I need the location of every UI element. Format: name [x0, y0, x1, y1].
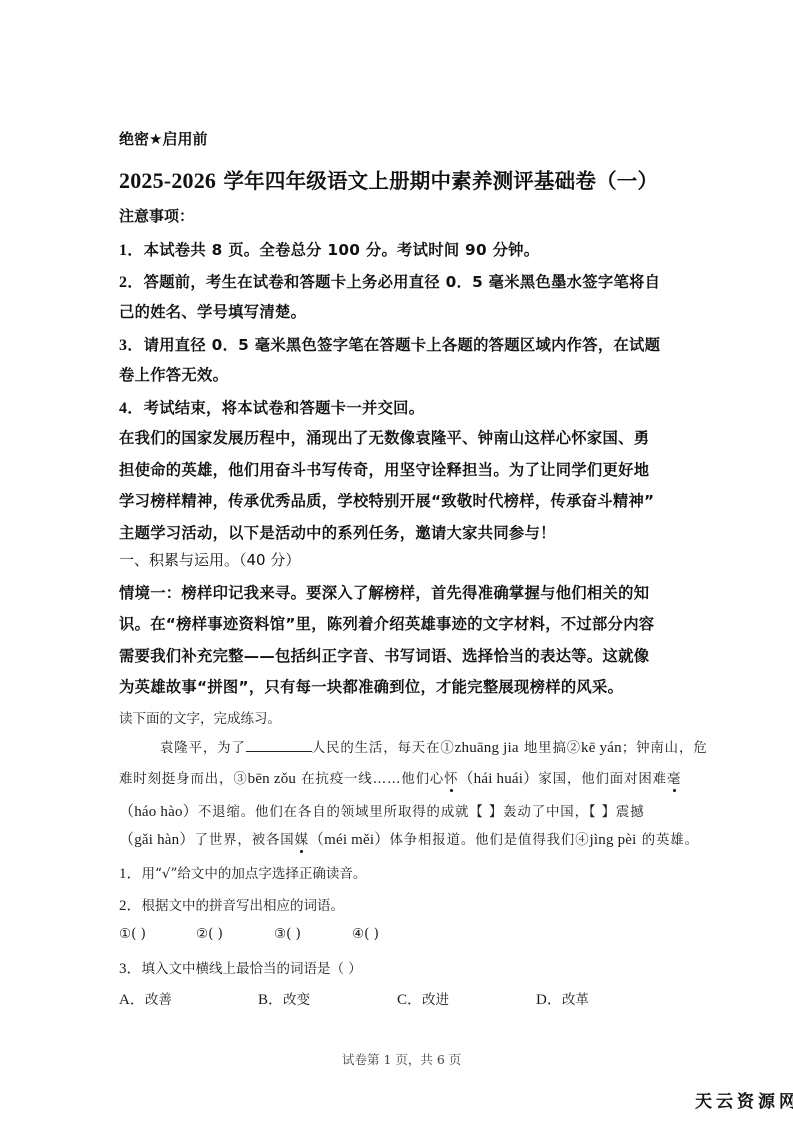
title-text: 学年四年级语文上册期中素养测评基础卷（一） — [216, 169, 658, 193]
fill-blank[interactable] — [246, 739, 312, 752]
exam-page: 绝密★启用前 2025-2026 学年四年级语文上册期中素养测评基础卷（一） 注… — [0, 0, 793, 1122]
question-3: 3．填入文中横线上最恰当的词语是（ ） — [119, 957, 362, 978]
note-4: 4．考试结束，将本试卷和答题卡一并交回。 — [119, 395, 424, 418]
answer-blank-2[interactable]: ②( ) — [196, 926, 223, 942]
notes-heading: 注意事项： — [119, 205, 194, 226]
passage-line-4: （gǎi hàn）了世界，被各国媒（méi měi）体争相报道。他们是值得我们④… — [119, 828, 699, 849]
question-2: 2．根据文中的拼音写出相应的词语。 — [119, 894, 344, 915]
reading-instruction: 读下面的文字，完成练习。 — [119, 707, 281, 727]
page-footer: 试卷第 1 页，共 6 页 — [342, 1050, 461, 1068]
dotted-char: 怀 — [444, 768, 458, 787]
intro-line-4: 主题学习活动，以下是活动中的系列任务，邀请大家共同参与！ — [119, 521, 556, 543]
choice-d[interactable]: D．改革 — [536, 988, 589, 1009]
answer-blank-1[interactable]: ①( ) — [119, 926, 146, 942]
answer-blank-3[interactable]: ③( ) — [274, 926, 301, 942]
note-3-cont: 卷上作答无效。 — [119, 363, 228, 385]
choice-c[interactable]: C．改进 — [397, 988, 449, 1009]
dotted-char: 媒 — [295, 829, 309, 848]
question-1: 1．用“√”给文中的加点字选择正确读音。 — [119, 862, 366, 883]
watermark-logo: 天云资源网 — [695, 1087, 793, 1112]
answer-blank-4[interactable]: ④( ) — [352, 926, 379, 942]
intro-line-3: 学习榜样精神，传承优秀品质，学校特别开展“致敬时代榜样，传承奋斗精神” — [119, 489, 654, 511]
intro-line-1: 在我们的国家发展历程中，涌现出了无数像袁隆平、钟南山这样心怀家国、勇 — [119, 426, 649, 448]
note-1: 1．本试卷共 8 页。全卷总分 100 分。考试时间 90 分钟。 — [119, 237, 539, 260]
scenario-line-2: 识。在“榜样事迹资料馆”里，陈列着介绍英雄事迹的文字材料，不过部分内容 — [119, 612, 654, 634]
note-3: 3．请用直径 0．5 毫米黑色签字笔在答题卡上各题的答题区域内作答，在试题 — [119, 332, 660, 355]
choice-b[interactable]: B．改变 — [258, 988, 310, 1009]
scenario-line-4: 为英雄故事“拼图”，只有每一块都准确到位，才能完整展现榜样的风采。 — [119, 675, 623, 697]
scenario-line-1: 情境一：榜样印记我来寻。要深入了解榜样，首先得准确掌握与他们相关的知 — [119, 581, 649, 603]
title-year: 2025-2026 — [119, 168, 216, 193]
scenario-line-3: 需要我们补充完整——包括纠正字音、书写词语、选择恰当的表达等。这就像 — [119, 644, 649, 666]
intro-line-2: 担使命的英雄，他们用奋斗书写传奇，用坚守诠释担当。为了让同学们更好地 — [119, 458, 649, 480]
note-2: 2．答题前，考生在试卷和答题卡上务必用直径 0．5 毫米黑色墨水签字笔将自 — [119, 269, 660, 292]
note-2-cont: 己的姓名、学号填写清楚。 — [119, 300, 306, 322]
passage-line-3: （háo hào）不退缩。他们在各自的领域里所取得的成就【 】轰动了中国，【 】… — [119, 800, 645, 821]
section-title: 一、积累与运用。（40 分） — [119, 549, 300, 570]
dotted-char: 毫 — [667, 768, 681, 787]
confidential-mark: 绝密★启用前 — [119, 128, 207, 149]
passage-line-2: 难时刻挺身而出，③bēn zǒu 在抗疫一线……他们心怀（hái huái）家国… — [119, 767, 681, 788]
choice-a[interactable]: A．改善 — [119, 988, 172, 1009]
passage-line-1: 袁隆平，为了人民的生活，每天在①zhuāng jia 地里搞②kē yán；钟南… — [160, 737, 708, 757]
page-title: 2025-2026 学年四年级语文上册期中素养测评基础卷（一） — [119, 164, 658, 194]
